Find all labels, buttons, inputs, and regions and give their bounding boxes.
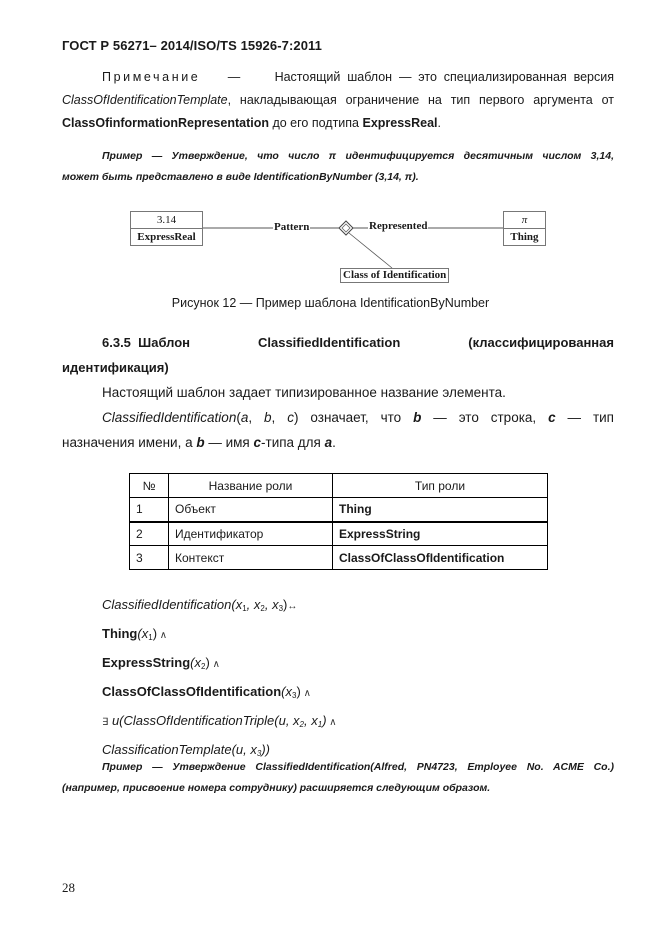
arg: (x: [281, 684, 292, 699]
example-1: Пример — Утверждение, что число π иденти…: [62, 146, 614, 188]
formula-text: u(ClassOfIdentificationTriple(u, x: [108, 713, 299, 728]
role-type: Thing: [333, 498, 548, 522]
role-name: Объект: [169, 498, 333, 522]
def-end: .: [332, 435, 336, 450]
formula-block: ClassifiedIdentification(x1, x2, x3)↔ Th…: [102, 592, 337, 766]
formula-text: , x: [304, 713, 318, 728]
role-type: ExpressString: [333, 522, 548, 546]
bold-c: c: [254, 435, 262, 450]
table-header-row: № Название роли Тип роли: [130, 474, 548, 498]
and-icon: ∧: [210, 659, 220, 670]
section-heading: 6.3.5 Шаблон ClassifiedIdentification (к…: [62, 330, 614, 380]
represented-label: Represented: [368, 220, 428, 233]
example-2: Пример — Утверждение ClassifiedIdentific…: [62, 757, 614, 799]
example-2-line-1: Пример — Утверждение ClassifiedIdentific…: [62, 757, 614, 778]
role-name: Контекст: [169, 546, 333, 570]
diamond-icon: [339, 221, 353, 235]
roles-table: № Название роли Тип роли 1 Объект Thing …: [129, 473, 548, 570]
note-dash: —: [228, 70, 241, 84]
note-line-2: ClassOfIdentificationTemplate, накладыва…: [62, 89, 614, 112]
note-text-1: Настоящий шаблон — это специализированна…: [275, 70, 614, 84]
pattern-label: Pattern: [273, 221, 310, 234]
value-3-14: 3.14: [131, 212, 202, 229]
definition-line-1: ClassifiedIdentification(a, b, c) означа…: [62, 405, 614, 430]
row-number: 2: [130, 522, 169, 546]
def-text: означает, что: [298, 410, 413, 425]
note-text-2: , накладывающая ограничение на тип перво…: [228, 93, 614, 107]
template-name: ClassOfIdentificationTemplate: [62, 93, 228, 107]
bold-c: c: [548, 410, 556, 425]
predicate: ClassOfClassOfIdentification: [102, 684, 281, 699]
note-line-3: ClassOfinformationRepresentation до его …: [62, 112, 614, 135]
type-thing: Thing: [504, 229, 545, 245]
example-1-line-1: Пример — Утверждение, что число π иденти…: [62, 146, 614, 167]
formula-line-4: ClassOfClassOfIdentification(x3) ∧: [102, 679, 337, 708]
and-icon: ∧: [327, 717, 337, 728]
page-number: 28: [62, 880, 75, 896]
biconditional-icon: ↔: [287, 601, 297, 612]
section-subtitle-2: идентификация): [62, 355, 614, 380]
paren: )): [261, 742, 270, 757]
express-real-box: 3.14 ExpressReal: [130, 211, 203, 246]
section-subtitle-1: (классифицированная: [468, 330, 614, 355]
sep: ,: [272, 410, 288, 425]
and-icon: ∧: [157, 630, 167, 641]
arg: , x: [265, 597, 279, 612]
row-number: 1: [130, 498, 169, 522]
figure-caption: Рисунок 12 — Пример шаблона Identificati…: [0, 296, 661, 310]
formula-line-2: Thing(x1) ∧: [102, 621, 337, 650]
section-template-name: ClassifiedIdentification: [258, 330, 400, 355]
header-role-name: Название роли: [169, 474, 333, 498]
def-name: ClassifiedIdentification: [102, 410, 236, 425]
type-from: ClassOfinformationRepresentation: [62, 116, 269, 130]
role-name: Идентификатор: [169, 522, 333, 546]
bold-b: b: [196, 435, 204, 450]
row-number: 3: [130, 546, 169, 570]
type-to: ExpressReal: [362, 116, 437, 130]
type-express-real: ExpressReal: [131, 229, 202, 245]
definition-line-2: назначения имени, а b — имя c-типа для a…: [62, 430, 614, 455]
note-end: .: [438, 116, 441, 130]
note-line-1: Примечание — Настоящий шаблон — это спец…: [62, 66, 614, 89]
def-text: — это строка,: [421, 410, 548, 425]
arg: (x: [137, 626, 148, 641]
formula-line-5: ∃ u(ClassOfIdentificationTriple(u, x2, x…: [102, 708, 337, 737]
header-number: №: [130, 474, 169, 498]
def-text: назначения имени, а: [62, 435, 196, 450]
predicate: Thing: [102, 626, 137, 641]
formula-line-1: ClassifiedIdentification(x1, x2, x3)↔: [102, 592, 337, 621]
section-heading-line-1: 6.3.5 Шаблон ClassifiedIdentification (к…: [62, 330, 614, 355]
section-number: 6.3.5: [102, 335, 131, 350]
note-label: Примечание: [102, 70, 200, 84]
formula-line-3: ExpressString(x2) ∧: [102, 650, 337, 679]
arg: (x: [231, 597, 242, 612]
example-2-line-2: (например, присвоение номера сотруднику)…: [62, 778, 614, 799]
formula-text: ClassificationTemplate(u, x: [102, 742, 257, 757]
value-pi: π: [504, 212, 545, 229]
header-role-type: Тип роли: [333, 474, 548, 498]
bold-a: a: [325, 435, 333, 450]
def-text: -типа для: [261, 435, 325, 450]
intro-text: Настоящий шаблон задает типизированное н…: [62, 380, 614, 405]
arg: (x: [190, 655, 201, 670]
sep: ,: [248, 410, 264, 425]
example-1-line-2: может быть представлено в виде Identific…: [62, 167, 614, 188]
thing-box: π Thing: [503, 211, 546, 246]
and-icon: ∧: [301, 688, 311, 699]
role-type: ClassOfClassOfIdentification: [333, 546, 548, 570]
arg: , x: [247, 597, 261, 612]
predicate: ClassifiedIdentification: [102, 597, 231, 612]
def-text: — тип: [556, 410, 614, 425]
predicate: ExpressString: [102, 655, 190, 670]
section-body: Настоящий шаблон задает типизированное н…: [62, 380, 614, 455]
class-of-identification-box: Class of Identification: [340, 268, 449, 283]
note-text-3: до его подтипа: [269, 116, 363, 130]
note-paragraph: Примечание — Настоящий шаблон — это спец…: [62, 66, 614, 135]
table-row: 2 Идентификатор ExpressString: [130, 522, 548, 546]
document-header: ГОСТ Р 56271– 2014/ISO/TS 15926-7:2011: [62, 38, 322, 53]
arg-c: c: [287, 410, 294, 425]
def-text: — имя: [205, 435, 254, 450]
arg-b: b: [264, 410, 272, 425]
table-row: 3 Контекст ClassOfClassOfIdentification: [130, 546, 548, 570]
section-word: Шаблон: [138, 335, 190, 350]
section-number-word: 6.3.5 Шаблон: [102, 330, 190, 355]
table-row: 1 Объект Thing: [130, 498, 548, 522]
